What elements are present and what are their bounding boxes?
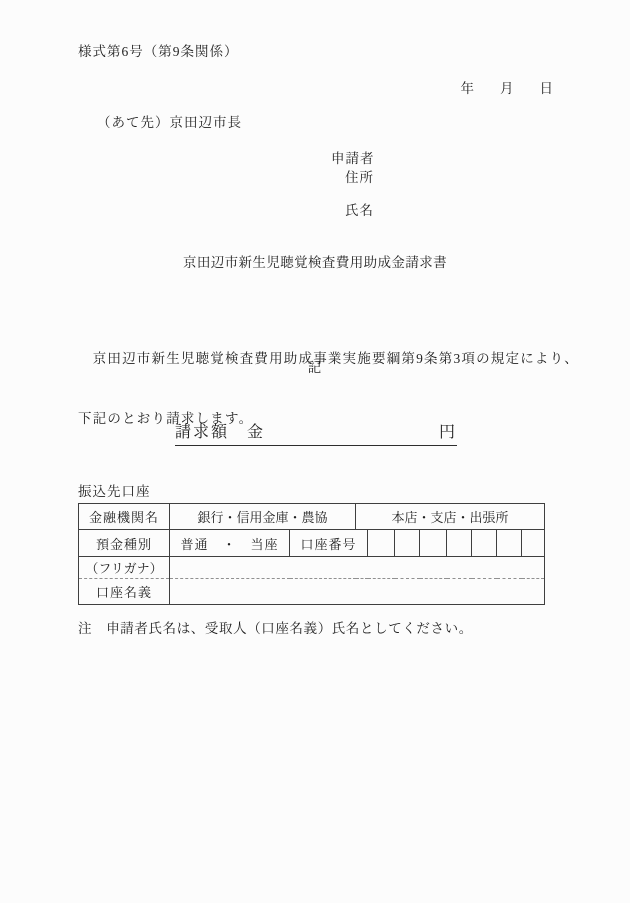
- bank-account-table-wrap: 金融機関名 銀行・信用金庫・農協 本店・支店・出張所 預金種別 普通 ・ 当座 …: [78, 503, 545, 605]
- financial-institution-header: 金融機関名: [79, 504, 170, 530]
- claim-amount-label: 請求額 金: [175, 419, 265, 442]
- note-text: 注 申請者氏名は、受取人（口座名義）氏名としてください。: [78, 621, 473, 637]
- table-row: （フリガナ）: [79, 557, 545, 579]
- day-label: 日: [540, 81, 554, 97]
- applicant-address-label: 住所: [345, 170, 374, 186]
- table-row: 預金種別 普通 ・ 当座 口座番号: [79, 530, 545, 557]
- claim-amount-line: 請求額 金 円: [175, 419, 457, 446]
- deposit-type-header: 預金種別: [79, 530, 170, 557]
- form-number: 様式第6号（第9条関係）: [78, 44, 239, 60]
- account-number-digit-cell: [368, 530, 395, 557]
- document-title: 京田辺市新生児聴覚検査費用助成金請求書: [0, 255, 630, 271]
- account-number-digit-cell: [472, 530, 497, 557]
- branch-type-options: 本店・支店・出張所: [356, 504, 545, 530]
- deposit-type-options: 普通 ・ 当座: [170, 530, 290, 557]
- table-row: 口座名義: [79, 579, 545, 605]
- table-row: 金融機関名 銀行・信用金庫・農協 本店・支店・出張所: [79, 504, 545, 530]
- account-number-digit-cell: [447, 530, 472, 557]
- account-number-digit-cell: [395, 530, 420, 557]
- bank-type-options: 銀行・信用金庫・農協: [170, 504, 356, 530]
- document-page: 様式第6号（第9条関係） 年 月 日 （あて先）京田辺市長 申請者 住所 氏名 …: [0, 0, 630, 903]
- applicant-name-label: 氏名: [345, 203, 374, 219]
- date-line: 年 月 日: [461, 81, 554, 97]
- furigana-header: （フリガナ）: [79, 557, 170, 579]
- transfer-account-section-label: 振込先口座: [78, 484, 151, 500]
- account-holder-entry-cell: [170, 579, 545, 605]
- account-number-label: 口座番号: [290, 530, 368, 557]
- account-number-digit-cell: [522, 530, 545, 557]
- addressee: （あて先）京田辺市長: [97, 115, 242, 131]
- month-label: 月: [500, 81, 514, 97]
- account-holder-header: 口座名義: [79, 579, 170, 605]
- furigana-entry-cell: [170, 557, 545, 579]
- yen-unit-label: 円: [439, 419, 457, 442]
- account-number-digit-cell: [420, 530, 447, 557]
- applicant-label: 申請者: [331, 151, 375, 167]
- year-label: 年: [461, 81, 475, 97]
- account-number-digit-cell: [497, 530, 522, 557]
- bank-account-table: 金融機関名 銀行・信用金庫・農協 本店・支店・出張所 預金種別 普通 ・ 当座 …: [78, 503, 545, 605]
- ki-marker: 記: [0, 360, 630, 376]
